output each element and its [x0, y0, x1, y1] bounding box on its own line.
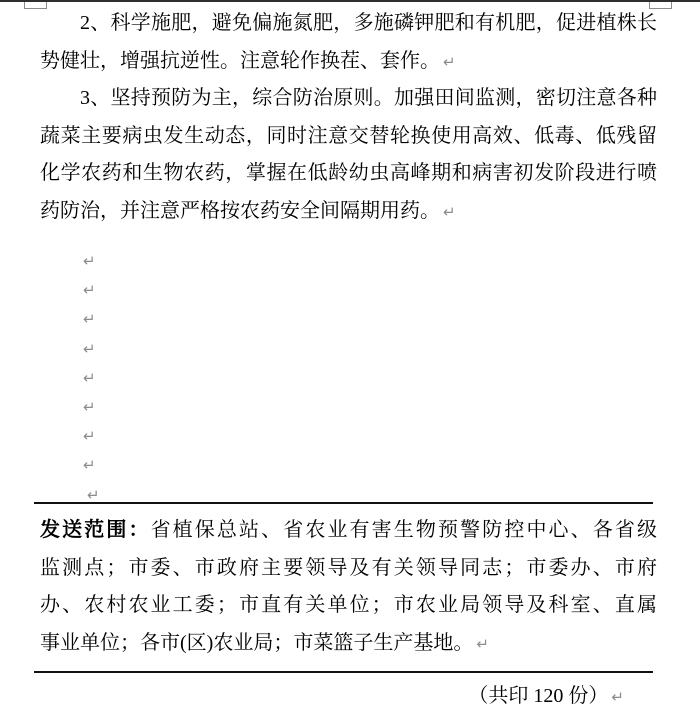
paragraph-mark-icon: ↵	[83, 281, 96, 299]
separator-line-bottom	[34, 671, 653, 673]
page-top-boundary-line	[0, 0, 700, 2]
paragraph-mark-icon: ↵	[83, 252, 96, 270]
empty-paragraph-line[interactable]: ↵	[40, 304, 660, 333]
paragraph-mark-icon: ↵	[473, 635, 489, 653]
separator-line-top	[34, 502, 653, 504]
paragraph-mark-icon: ↵	[608, 688, 624, 706]
paragraph-mark-icon: ↵	[83, 369, 96, 387]
body-text-line[interactable]: 3、坚持预防为主，综合防治原则。加强田间监测，密切注意各种	[40, 80, 660, 118]
empty-paragraph-line[interactable]: ↵	[40, 421, 660, 450]
line-bold-prefix: 发送范围：	[40, 519, 151, 541]
empty-paragraph-line[interactable]: ↵	[40, 392, 660, 421]
paragraph-mark-icon	[657, 165, 660, 183]
body-text-block: 2、科学施肥，避免偏施氮肥，多施磷钾肥和有机肥，促进植株长势健壮，增强抗逆性。注…	[40, 5, 660, 230]
empty-paragraph-line[interactable]: ↵	[40, 363, 660, 392]
body-text-line[interactable]: 势健壮，增强抗逆性。注意轮作换茬、套作。↵	[40, 43, 660, 81]
paragraph-mark-icon: ↵	[83, 398, 96, 416]
line-text: 药防治，并注意严格按农药安全间隔期用药。	[40, 200, 440, 222]
paragraph-mark-icon	[657, 15, 660, 33]
paragraph-mark-icon	[657, 522, 660, 540]
line-text: 化学农药和生物农药，掌握在低龄幼虫高峰期和病害初发阶段进行喷	[40, 162, 657, 184]
paragraph-mark-icon: ↵	[440, 53, 456, 71]
paragraph-mark-icon: ↵	[83, 340, 96, 358]
paragraph-mark-icon	[657, 90, 660, 108]
line-text: 蔬菜主要病虫发生动态，同时注意交替轮换使用高效、低毒、低残留	[40, 125, 657, 147]
body-text-line[interactable]: 2、科学施肥，避免偏施氮肥，多施磷钾肥和有机肥，促进植株长	[40, 5, 660, 43]
empty-paragraph-line[interactable]: ↵	[40, 275, 660, 304]
distribution-text-line[interactable]: 办、农村农业工委；市直有关单位；市农业局领导及科室、直属	[40, 587, 660, 625]
paragraph-mark-icon: ↵	[83, 456, 96, 474]
paragraph-mark-icon	[657, 128, 660, 146]
print-count-line[interactable]: （共印 120 份）↵	[40, 682, 660, 710]
body-text-line[interactable]: 化学农药和生物农药，掌握在低龄幼虫高峰期和病害初发阶段进行喷	[40, 155, 660, 193]
line-text: 事业单位；各市(区)农业局；市菜篮子生产基地。	[40, 632, 473, 654]
paragraph-mark-icon: ↵	[83, 427, 96, 445]
distribution-text-line[interactable]: 事业单位；各市(区)农业局；市菜篮子生产基地。↵	[40, 625, 660, 663]
paragraph-mark-icon	[657, 560, 660, 578]
distribution-scope-block: 发送范围：省植保总站、省农业有害生物预警防控中心、各省级监测点；市委、市政府主要…	[40, 512, 660, 662]
distribution-text-line[interactable]: 监测点；市委、市政府主要领导及有关领导同志；市委办、市府	[40, 550, 660, 588]
paragraph-mark-icon: ↵	[440, 203, 456, 221]
body-text-line[interactable]: 药防治，并注意严格按农药安全间隔期用药。↵	[40, 193, 660, 231]
empty-paragraph-line[interactable]: ↵	[40, 334, 660, 363]
paragraph-mark-icon	[657, 597, 660, 615]
line-text: 势健壮，增强抗逆性。注意轮作换茬、套作。	[40, 50, 440, 72]
document-page[interactable]: 2、科学施肥，避免偏施氮肥，多施磷钾肥和有机肥，促进植株长势健壮，增强抗逆性。注…	[0, 0, 700, 711]
empty-paragraph-line[interactable]: ↵	[40, 480, 660, 509]
distribution-text-line[interactable]: 发送范围：省植保总站、省农业有害生物预警防控中心、各省级	[40, 512, 660, 550]
line-text: 3、坚持预防为主，综合防治原则。加强田间监测，密切注意各种	[80, 87, 657, 109]
body-text-line[interactable]: 蔬菜主要病虫发生动态，同时注意交替轮换使用高效、低毒、低残留	[40, 118, 660, 156]
empty-paragraphs-block: ↵↵↵↵↵↵↵↵↵	[40, 246, 660, 509]
empty-paragraph-line[interactable]: ↵	[40, 246, 660, 275]
line-text: 2、科学施肥，避免偏施氮肥，多施磷钾肥和有机肥，促进植株长	[80, 12, 657, 34]
line-text: 省植保总站、省农业有害生物预警防控中心、各省级	[151, 519, 657, 541]
paragraph-mark-icon: ↵	[83, 310, 96, 328]
print-count-text: （共印 120 份）	[468, 685, 608, 707]
line-text: 监测点；市委、市政府主要领导及有关领导同志；市委办、市府	[40, 557, 657, 579]
line-text: 办、农村农业工委；市直有关单位；市农业局领导及科室、直属	[40, 594, 657, 616]
paragraph-mark-icon: ↵	[87, 486, 100, 504]
empty-paragraph-line[interactable]: ↵	[40, 450, 660, 479]
